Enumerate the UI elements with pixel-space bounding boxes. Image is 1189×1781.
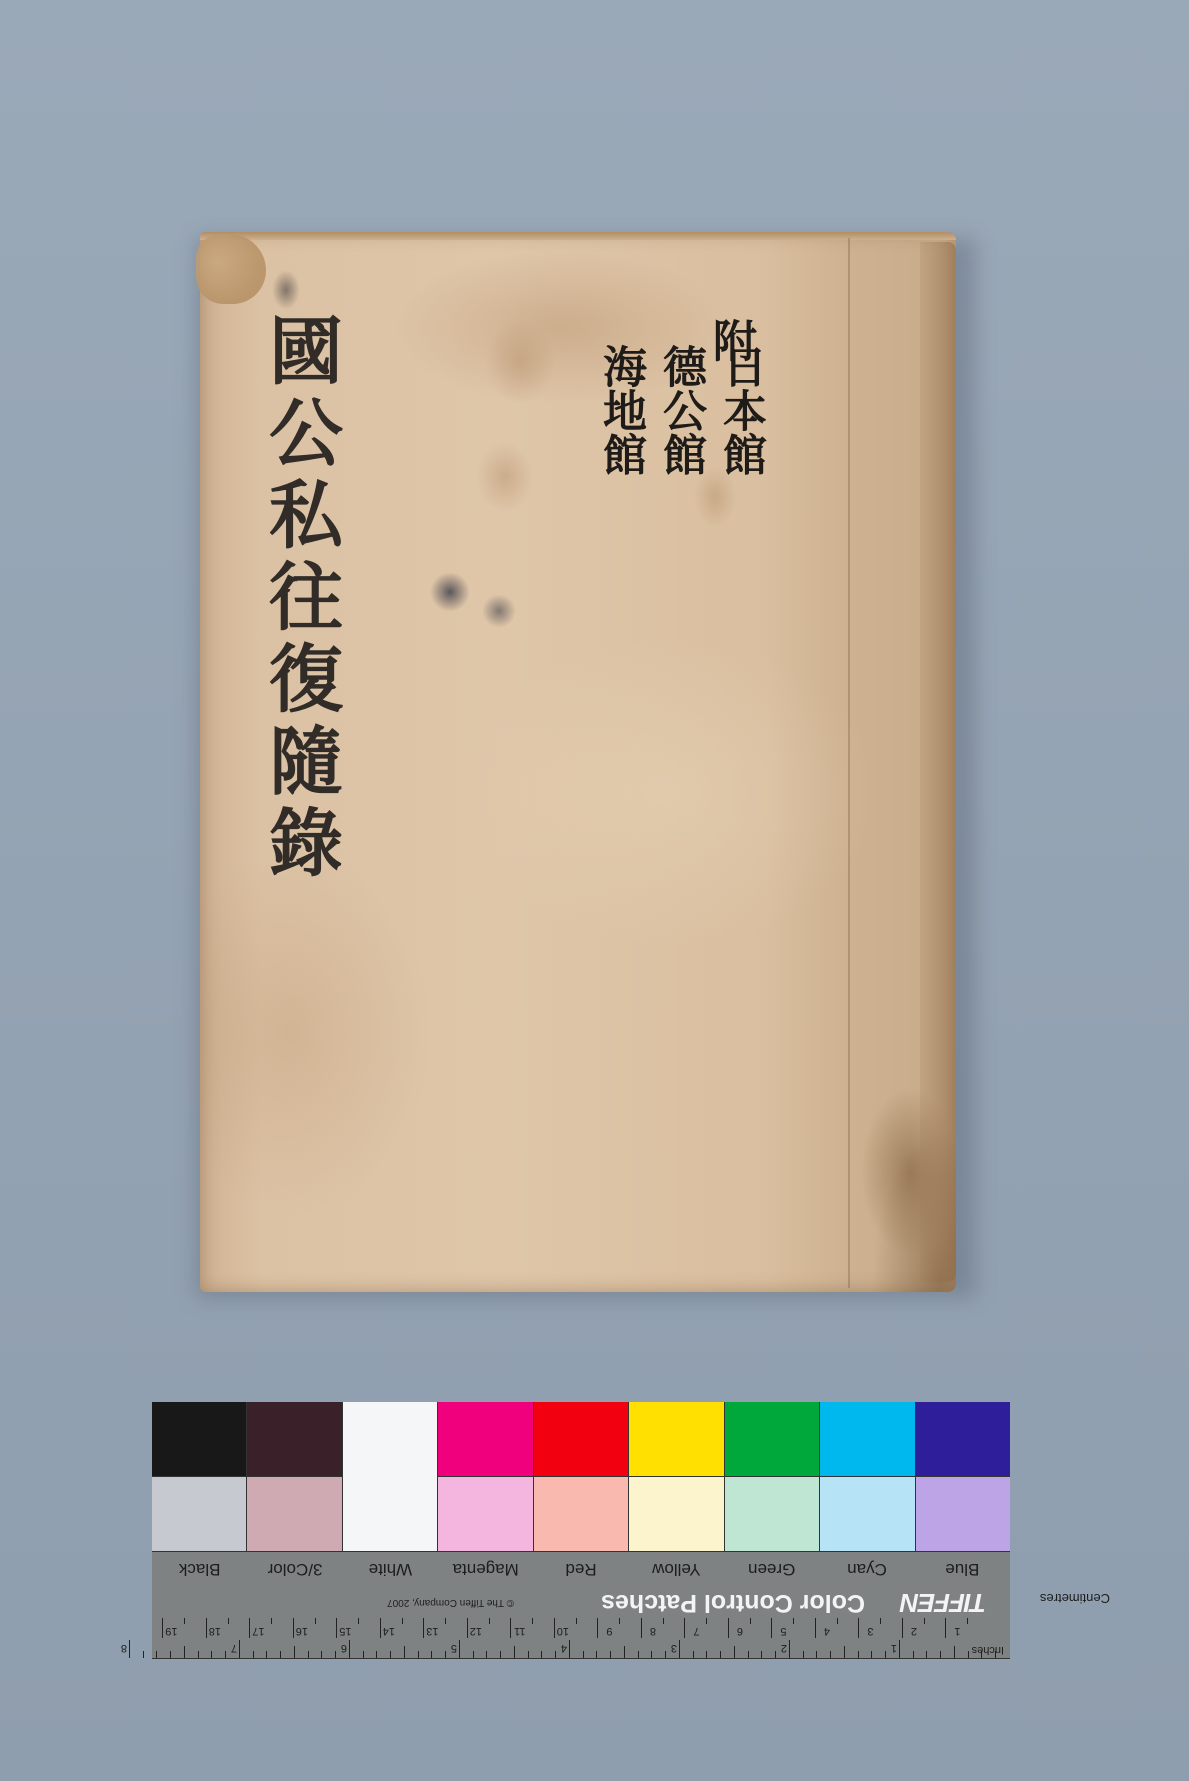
- ruler-tick: [239, 1640, 240, 1658]
- ruler-tick: [679, 1640, 680, 1658]
- stain-spot: [482, 594, 516, 628]
- ruler-minor-tick: [954, 1646, 955, 1658]
- ruler-tick-label: 14: [383, 1625, 395, 1637]
- color-patch: [820, 1402, 914, 1477]
- ruler-tick: [569, 1640, 570, 1658]
- patch-column: [820, 1402, 915, 1552]
- ruler-tick-label: 5: [451, 1642, 457, 1654]
- ruler-minor-tick: [775, 1651, 776, 1658]
- ruler-tick: [899, 1640, 900, 1658]
- patch-column: [438, 1402, 533, 1552]
- title-char: 私: [257, 476, 343, 558]
- color-patch: [820, 1477, 914, 1552]
- ruler-minor-tick: [184, 1646, 185, 1658]
- ink-smudge: [272, 270, 300, 310]
- ruler-tick-label: 2: [781, 1642, 787, 1654]
- ruler-minor-tick: [750, 1618, 751, 1624]
- patch-column: [725, 1402, 820, 1552]
- ruler-tick-label: 8: [121, 1642, 127, 1654]
- ruler-minor-tick: [225, 1651, 226, 1658]
- ruler-minor-tick: [720, 1651, 721, 1658]
- ruler-minor-tick: [473, 1651, 474, 1658]
- subtitle-column: 德公館: [655, 344, 705, 604]
- ruler-tick: [902, 1618, 903, 1638]
- patch-column: [343, 1402, 438, 1552]
- ruler-tick: [685, 1618, 686, 1638]
- ruler-tick: [250, 1618, 251, 1638]
- stain-spot: [430, 572, 470, 612]
- book-top-edge: [200, 232, 956, 240]
- ruler-tick-label: 9: [606, 1625, 612, 1637]
- ruler-minor-tick: [377, 1651, 378, 1658]
- ruler-tick-label: 8: [650, 1625, 656, 1637]
- title-char: 國: [257, 312, 343, 394]
- patch-label: Green: [724, 1552, 819, 1586]
- patch-label: 3/Color: [247, 1552, 342, 1586]
- color-calibration-chart: BlueCyanGreenYellowRedMagentaWhite3/Colo…: [152, 1402, 1010, 1658]
- ruler-minor-tick: [968, 1651, 969, 1658]
- ruler-minor-tick: [576, 1618, 577, 1624]
- patch-label: Yellow: [629, 1552, 724, 1586]
- color-patch: [629, 1402, 723, 1477]
- ruler-minor-tick: [390, 1651, 391, 1658]
- ruler-tick: [554, 1618, 555, 1638]
- ruler-tick: [349, 1640, 350, 1658]
- ruler-minor-tick: [253, 1651, 254, 1658]
- ruler-tick: [728, 1618, 729, 1638]
- ruler-tick: [206, 1618, 207, 1638]
- ruler-minor-tick: [212, 1651, 213, 1658]
- ruler-minor-tick: [418, 1651, 419, 1658]
- book-cover: 國公私往復隨錄 附 日本館 德公館 海地館: [200, 232, 956, 1292]
- ruler-minor-tick: [793, 1618, 794, 1624]
- patch-label: Cyan: [819, 1552, 914, 1586]
- color-patch: [438, 1477, 532, 1552]
- ruler-minor-tick: [445, 1651, 446, 1658]
- ruler-tick-label: 3: [671, 1642, 677, 1654]
- ruler-minor-tick: [500, 1651, 501, 1658]
- color-patch: [534, 1402, 628, 1477]
- ruler-tick-label: 17: [252, 1625, 264, 1637]
- patch-label: Red: [533, 1552, 628, 1586]
- ruler-minor-tick: [610, 1651, 611, 1658]
- ruler-tick: [789, 1640, 790, 1658]
- inch-label: Inches: [972, 1644, 1004, 1656]
- patch-label: Black: [152, 1552, 247, 1586]
- ruler-minor-tick: [817, 1651, 818, 1658]
- color-patch: [247, 1402, 341, 1477]
- ruler-tick-label: 4: [824, 1625, 830, 1637]
- ruler-tick-label: 16: [296, 1625, 308, 1637]
- inch-ruler: Inches 12345678: [152, 1640, 1010, 1659]
- ruler-tick: [337, 1618, 338, 1638]
- ruler-tick-label: 3: [867, 1625, 873, 1637]
- ruler-minor-tick: [432, 1651, 433, 1658]
- ruler-minor-tick: [927, 1651, 928, 1658]
- ruler-minor-tick: [170, 1651, 171, 1658]
- ruler-tick-label: 2: [911, 1625, 917, 1637]
- ruler-minor-tick: [322, 1651, 323, 1658]
- color-patch: [152, 1402, 246, 1477]
- ruler-minor-tick: [363, 1651, 364, 1658]
- ruler-minor-tick: [663, 1618, 664, 1624]
- color-patch: [343, 1402, 437, 1552]
- ruler-minor-tick: [267, 1651, 268, 1658]
- ruler-minor-tick: [885, 1651, 886, 1658]
- subtitle-column: 日本館: [715, 344, 765, 604]
- color-patch-grid: [152, 1402, 1010, 1552]
- ruler-minor-tick: [404, 1646, 405, 1658]
- ruler-tick: [598, 1618, 599, 1638]
- subtitle-block: 日本館 德公館 海地館: [595, 344, 765, 604]
- ruler-minor-tick: [748, 1651, 749, 1658]
- title-char: 錄: [257, 804, 343, 886]
- color-patch: [725, 1402, 819, 1477]
- ruler-minor-tick: [706, 1618, 707, 1624]
- centimetre-ruler: 12345678910111213141516171819: [152, 1618, 1010, 1640]
- binding-line: [848, 238, 850, 1288]
- ruler-minor-tick: [837, 1618, 838, 1624]
- ruler-tick-label: 1: [954, 1625, 960, 1637]
- color-patch: [247, 1477, 341, 1552]
- spine-edge: [920, 242, 956, 1282]
- ruler-tick-label: 15: [339, 1625, 351, 1637]
- ruler-tick-label: 7: [693, 1625, 699, 1637]
- patch-column: [534, 1402, 629, 1552]
- ruler-tick: [511, 1618, 512, 1638]
- ruler-tick: [424, 1618, 425, 1638]
- chart-brand-row: TIFFEN Color Control Patches © The Tiffe…: [152, 1584, 1010, 1620]
- ruler-minor-tick: [924, 1618, 925, 1624]
- ruler-tick: [459, 1640, 460, 1658]
- ruler-tick-label: 7: [231, 1642, 237, 1654]
- ruler-minor-tick: [487, 1651, 488, 1658]
- ruler-tick-label: 6: [737, 1625, 743, 1637]
- ruler-minor-tick: [198, 1651, 199, 1658]
- ruler-minor-tick: [315, 1618, 316, 1624]
- ruler-tick-label: 4: [561, 1642, 567, 1654]
- ruler-tick: [772, 1618, 773, 1638]
- title-char: 公: [257, 394, 343, 476]
- color-patch: [916, 1402, 1010, 1477]
- ruler-minor-tick: [489, 1618, 490, 1624]
- patch-column: [247, 1402, 342, 1552]
- ruler-tick: [467, 1618, 468, 1638]
- patch-labels: BlueCyanGreenYellowRedMagentaWhite3/Colo…: [152, 1552, 1010, 1586]
- ruler-minor-tick: [693, 1651, 694, 1658]
- patch-label: White: [343, 1552, 438, 1586]
- color-patch: [438, 1402, 532, 1477]
- patch-label: Blue: [915, 1552, 1010, 1586]
- ruler-minor-tick: [542, 1651, 543, 1658]
- ruler-tick-label: 18: [209, 1625, 221, 1637]
- corner-tear: [196, 234, 266, 304]
- ruler-tick: [815, 1618, 816, 1638]
- ruler-tick: [946, 1618, 947, 1638]
- title-char: 復: [257, 640, 343, 722]
- ruler-minor-tick: [619, 1618, 620, 1624]
- copyright: © The Tiffen Company, 2007: [387, 1597, 514, 1608]
- ruler-minor-tick: [445, 1618, 446, 1624]
- ruler-minor-tick: [880, 1618, 881, 1624]
- subtitle-column: 海地館: [595, 344, 645, 604]
- ruler-minor-tick: [280, 1651, 281, 1658]
- ruler-minor-tick: [967, 1618, 968, 1624]
- ruler-minor-tick: [624, 1646, 625, 1658]
- ruler-tick-label: 5: [780, 1625, 786, 1637]
- color-patch: [152, 1477, 246, 1552]
- ruler-minor-tick: [358, 1618, 359, 1624]
- ruler-minor-tick: [308, 1651, 309, 1658]
- ruler-tick-label: 10: [557, 1625, 569, 1637]
- ruler-minor-tick: [597, 1651, 598, 1658]
- color-patch: [916, 1477, 1010, 1552]
- patch-label: Magenta: [438, 1552, 533, 1586]
- patch-column: [152, 1402, 247, 1552]
- patch-column: [916, 1402, 1010, 1552]
- cm-label: Centimetres: [1040, 1591, 1110, 1606]
- color-patch: [629, 1477, 723, 1552]
- ruler-minor-tick: [665, 1651, 666, 1658]
- ruler-minor-tick: [858, 1651, 859, 1658]
- ruler-minor-tick: [995, 1651, 996, 1658]
- brand-logo: TIFFEN: [901, 1587, 986, 1618]
- ruler-minor-tick: [762, 1651, 763, 1658]
- book-title: 國公私往復隨錄: [238, 312, 348, 886]
- ruler-minor-tick: [844, 1646, 845, 1658]
- ruler-tick-label: 1: [891, 1642, 897, 1654]
- ruler-tick-label: 11: [514, 1625, 525, 1637]
- color-patch: [534, 1477, 628, 1552]
- ruler-minor-tick: [294, 1646, 295, 1658]
- title-char: 隨: [257, 722, 343, 804]
- ruler-minor-tick: [830, 1651, 831, 1658]
- ruler-minor-tick: [555, 1651, 556, 1658]
- color-patch: [725, 1477, 819, 1552]
- ruler-minor-tick: [652, 1651, 653, 1658]
- ruler-minor-tick: [228, 1618, 229, 1624]
- ruler-minor-tick: [872, 1651, 873, 1658]
- ruler-minor-tick: [402, 1618, 403, 1624]
- ruler-minor-tick: [734, 1646, 735, 1658]
- ruler-minor-tick: [528, 1651, 529, 1658]
- ruler-tick: [293, 1618, 294, 1638]
- ruler-minor-tick: [913, 1651, 914, 1658]
- ruler-tick: [641, 1618, 642, 1638]
- ruler-tick: [129, 1640, 130, 1658]
- ruler-minor-tick: [583, 1651, 584, 1658]
- ruler-minor-tick: [271, 1618, 272, 1624]
- ruler-tick-label: 6: [341, 1642, 347, 1654]
- ruler-tick: [380, 1618, 381, 1638]
- ruler-minor-tick: [184, 1618, 185, 1624]
- ruler-minor-tick: [157, 1651, 158, 1658]
- ruler-tick: [163, 1618, 164, 1638]
- chart-title: Color Control Patches: [601, 1588, 865, 1617]
- ruler-minor-tick: [335, 1651, 336, 1658]
- ruler-minor-tick: [707, 1651, 708, 1658]
- ruler-tick-label: 12: [470, 1625, 482, 1637]
- ruler-minor-tick: [532, 1618, 533, 1624]
- title-char: 往: [257, 558, 343, 640]
- ruler-minor-tick: [514, 1646, 515, 1658]
- ruler-tick: [859, 1618, 860, 1638]
- ruler-minor-tick: [638, 1651, 639, 1658]
- ruler-tick-label: 13: [426, 1625, 438, 1637]
- patch-column: [629, 1402, 724, 1552]
- ruler-tick-label: 19: [165, 1625, 177, 1637]
- ruler-minor-tick: [143, 1651, 144, 1658]
- ruler-minor-tick: [940, 1651, 941, 1658]
- ruler-minor-tick: [982, 1651, 983, 1658]
- ruler-minor-tick: [803, 1651, 804, 1658]
